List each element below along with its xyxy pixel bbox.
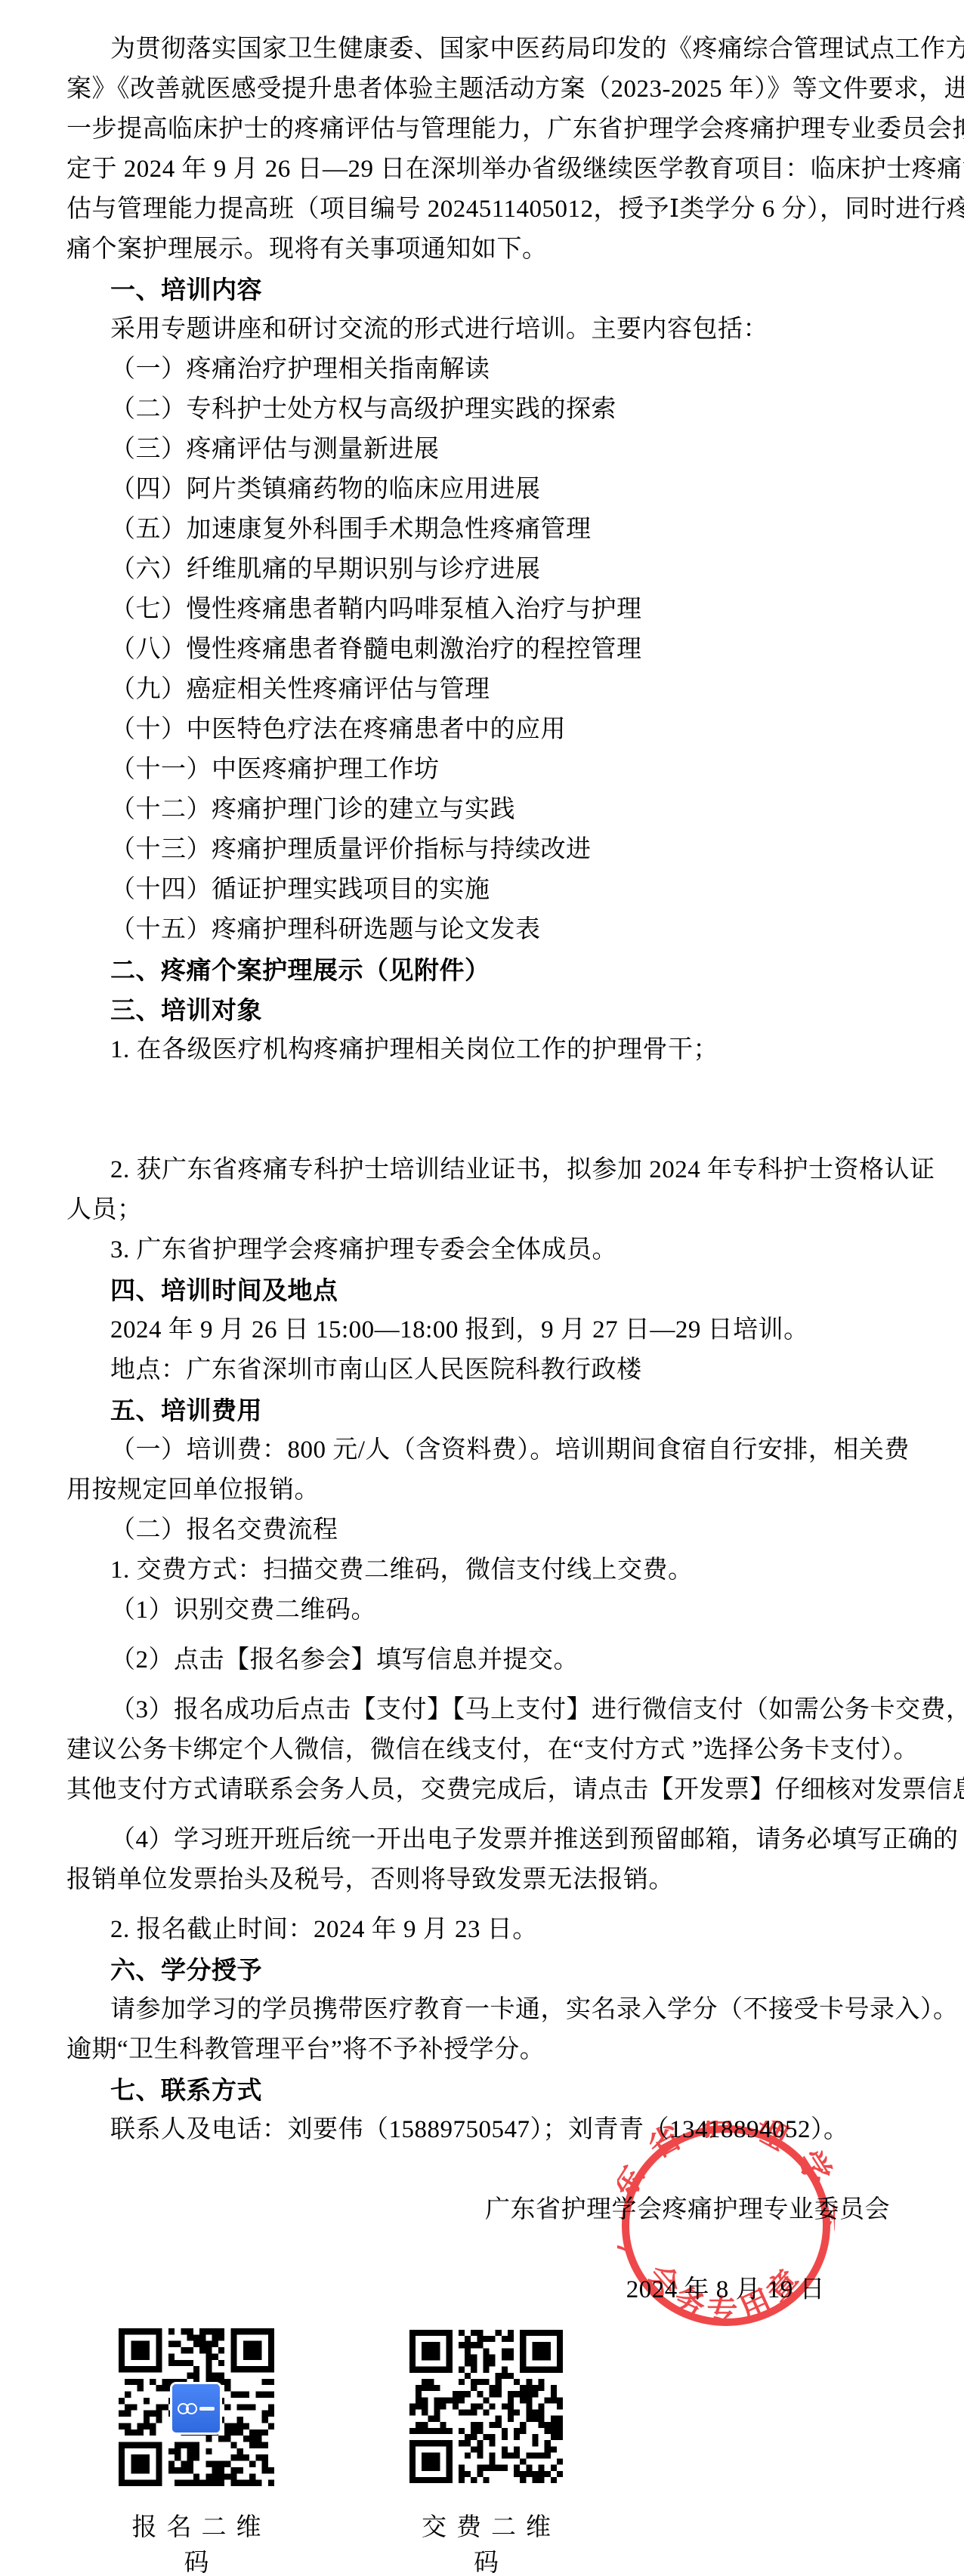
doc-line: （六）纤维肌痛的早期识别与诊疗进展	[66, 551, 898, 591]
doc-line: 估与管理能力提高班（项目编号 2024511405012，授予Ⅰ类学分 6 分）…	[66, 190, 898, 230]
doc-line: 人员；	[66, 1191, 898, 1231]
doc-line: 定于 2024 年 9 月 26 日—29 日在深圳举办省级继续医学教育项目：临…	[66, 150, 898, 190]
doc-line: 六、学分授予	[66, 1951, 898, 1991]
doc-line: 2. 报名截止时间：2024 年 9 月 23 日。	[66, 1911, 898, 1951]
doc-line: 为贯彻落实国家卫生健康委、国家中医药局印发的《疼痛综合管理试点工作方	[66, 30, 898, 70]
doc-line: 四、培训时间及地点	[66, 1271, 898, 1311]
doc-line: （十三）疼痛护理质量评价指标与持续改进	[66, 831, 898, 871]
doc-line: 三、培训对象	[66, 991, 898, 1031]
doc-line: （二）报名交费流程	[66, 1511, 898, 1551]
doc-line: （七）慢性疼痛患者鞘内吗啡泵植入治疗与护理	[66, 591, 898, 631]
doc-line: 案》《改善就医感受提升患者体验主题活动方案（2023-2025 年）》等文件要求…	[66, 70, 898, 110]
doc-line: （十一）中医疼痛护理工作坊	[66, 751, 898, 791]
payment-qr-label: 交费二维码	[409, 2507, 563, 2576]
doc-line: 一步提高临床护士的疼痛评估与管理能力，广东省护理学会疼痛护理专业委员会拟	[66, 110, 898, 150]
doc-line: 2024 年 9 月 26 日 15:00—18:00 报到，9 月 27 日—…	[66, 1311, 898, 1351]
payment-qr-code	[409, 2330, 563, 2483]
doc-line: 报销单位发票抬头及税号，否则将导致发票无法报销。	[66, 1861, 898, 1901]
doc-line: 请参加学习的学员携带医疗教育一卡通，实名录入学分（不接受卡号录入）。	[66, 1991, 898, 2031]
doc-line: 用按规定回单位报销。	[66, 1471, 898, 1511]
doc-line: （3）报名成功后点击【支付】【马上支付】进行微信支付（如需公务卡交费，	[66, 1691, 898, 1731]
doc-line: （八）慢性疼痛患者脊髓电刺激治疗的程控管理	[66, 631, 898, 671]
doc-line: （十四）循证护理实践项目的实施	[66, 871, 898, 911]
doc-line: 1. 交费方式：扫描交费二维码，微信支付线上交费。	[66, 1551, 898, 1591]
doc-line: （十）中医特色疗法在疼痛患者中的应用	[66, 711, 898, 751]
doc-line: 二、疼痛个案护理展示（见附件）	[66, 951, 898, 991]
doc-line: （1）识别交费二维码。	[66, 1591, 898, 1631]
doc-line: （十二）疼痛护理门诊的建立与实践	[66, 791, 898, 831]
doc-line: 其他支付方式请联系会务人员，交费完成后，请点击【开发票】仔细核对发票信息。	[66, 1771, 898, 1811]
doc-line: 地点：广东省深圳市南山区人民医院科教行政楼	[66, 1351, 898, 1391]
doc-line: 七、联系方式	[66, 2071, 898, 2111]
doc-line: 3. 广东省护理学会疼痛护理专委会全体成员。	[66, 1231, 898, 1271]
doc-line: 采用专题讲座和研讨交流的形式进行培训。主要内容包括：	[66, 310, 898, 350]
doc-line: （一）培训费：800 元/人（含资料费）。培训期间食宿自行安排，相关费	[66, 1431, 898, 1471]
stamp-arc-text: 广东省护理学会	[617, 2121, 835, 2253]
doc-line: 痛个案护理展示。现将有关事项通知如下。	[66, 230, 898, 270]
doc-line: 2. 获广东省疼痛专科护士培训结业证书，拟参加 2024 年专科护士资格认证	[66, 1151, 898, 1191]
registration-qr-label: 报名二维码	[119, 2507, 274, 2576]
doc-line: 1. 在各级医疗机构疼痛护理相关岗位工作的护理骨干；	[66, 1031, 898, 1071]
doc-line: （2）点击【报名参会】填写信息并提交。	[66, 1641, 898, 1681]
doc-line: 建议公务卡绑定个人微信，微信在线支付，在“支付方式 ”选择公务卡支付）。	[66, 1731, 898, 1771]
doc-line: 逾期“卫生科教管理平台”将不予补授学分。	[66, 2031, 898, 2071]
ring-icon	[186, 2403, 197, 2414]
official-stamp: 广东省护理学会 会务专用章	[617, 2121, 835, 2328]
doc-line: （一）疼痛治疗护理相关指南解读	[66, 350, 898, 390]
doc-line: （4）学习班开班后统一开出电子发票并推送到预留邮箱，请务必填写正确的	[66, 1821, 898, 1861]
logo-text-bar	[199, 2407, 215, 2411]
doc-line: （二）专科护士处方权与高级护理实践的探索	[66, 390, 898, 430]
doc-line	[66, 1111, 898, 1151]
stamp-bottom-text: 会务专用章	[640, 2258, 812, 2328]
document-body: 为贯彻落实国家卫生健康委、国家中医药局印发的《疼痛综合管理试点工作方案》《改善就…	[66, 30, 898, 2311]
doc-line: 五、培训费用	[66, 1391, 898, 1431]
doc-line: （五）加速康复外科围手术期急性疼痛管理	[66, 511, 898, 551]
notice-page: 为贯彻落实国家卫生健康委、国家中医药局印发的《疼痛综合管理试点工作方案》《改善就…	[0, 0, 964, 2576]
doc-line: （三）疼痛评估与测量新进展	[66, 430, 898, 470]
qr-center-logo	[172, 2384, 220, 2433]
doc-line: （九）癌症相关性疼痛评估与管理	[66, 671, 898, 711]
doc-line: 一、培训内容	[66, 270, 898, 310]
doc-line: （十五）疼痛护理科研选题与论文发表	[66, 911, 898, 951]
doc-line: （四）阿片类镇痛药物的临床应用进展	[66, 470, 898, 511]
doc-line	[66, 1071, 898, 1111]
